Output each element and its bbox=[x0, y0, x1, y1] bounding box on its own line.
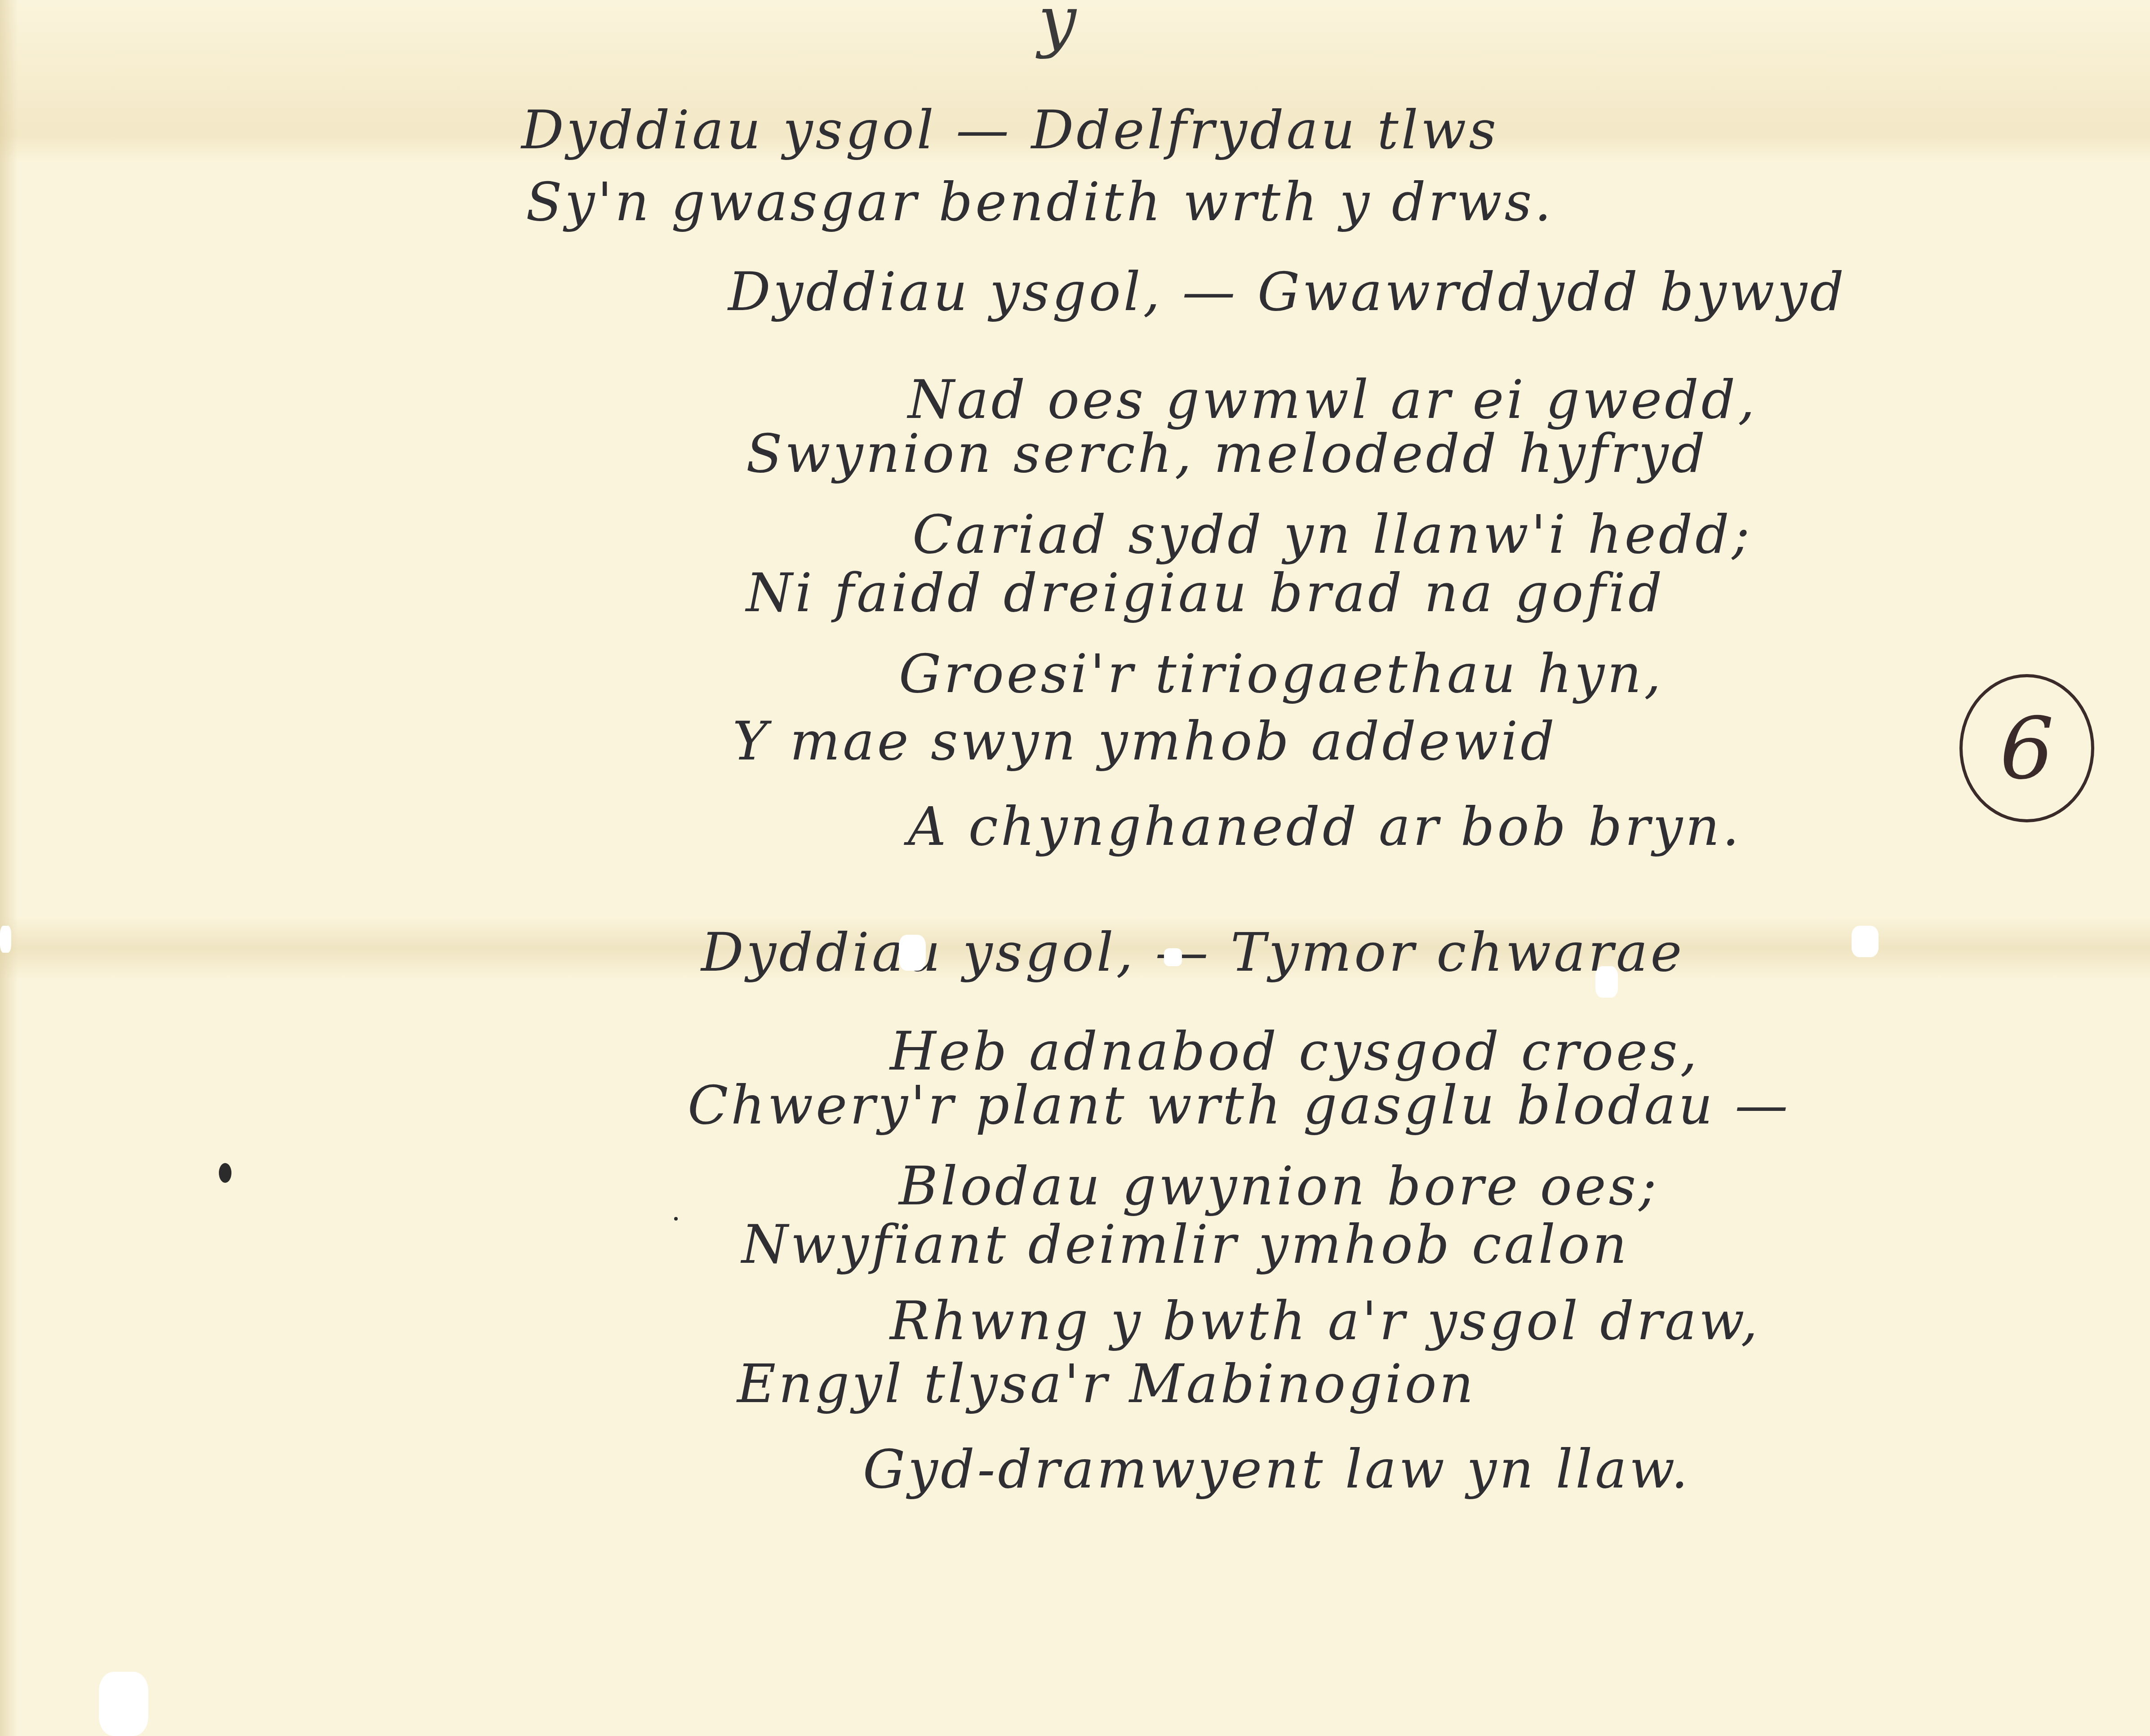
paper-damage-hole bbox=[99, 1672, 148, 1736]
stanza-1-line: Swynion serch, melodedd hyfryd bbox=[746, 427, 1708, 480]
stanza-2-line: Heb adnabod cysgod croes, bbox=[890, 1025, 1700, 1078]
stanza-1-line: Nad oes gwmwl ar ei gwedd, bbox=[908, 373, 1758, 426]
stanza-2-line: Rhwng y bwth a'r ysgol draw, bbox=[890, 1294, 1760, 1347]
paper-damage-hole bbox=[0, 926, 11, 953]
page-number-text: 6 bbox=[2000, 699, 2054, 798]
paper-damage-hole bbox=[1595, 966, 1618, 998]
stanza-2-line: Nwyfiant deimlir ymhob calon bbox=[742, 1218, 1630, 1271]
stanza-2-line: Chwery'r plant wrth gasglu blodau — bbox=[688, 1079, 1790, 1132]
ink-speck bbox=[674, 1217, 678, 1221]
paper-damage-hole bbox=[1852, 926, 1879, 957]
stanza-2-line: Engyl tlysa'r Mabinogion bbox=[737, 1357, 1476, 1410]
ink-blot bbox=[219, 1163, 231, 1183]
stanza-2-line: Blodau gwynion bore oes; bbox=[899, 1159, 1659, 1212]
manuscript-paper: y Dyddiau ysgol — Ddelfrydau tlws Sy'n g… bbox=[0, 0, 2150, 1736]
stanza-1-line: Y mae swyn ymhob addewid bbox=[733, 715, 1557, 768]
stanza-1-line: Cariad sydd yn llanw'i hedd; bbox=[912, 508, 1752, 561]
paper-damage-hole bbox=[899, 935, 926, 971]
stanza-2-line: Gyd-dramwyent law yn llaw. bbox=[863, 1443, 1691, 1496]
stanza-1-line: Groesi'r tiriogaethau hyn, bbox=[899, 647, 1664, 700]
stanza-1-line: Ni faidd dreigiau brad na gofid bbox=[746, 566, 1665, 619]
poem-intro-line: Dyddiau ysgol — Ddelfrydau tlws bbox=[521, 103, 1499, 156]
paper-damage-hole bbox=[1164, 948, 1182, 966]
poem: Dyddiau ysgol — Ddelfrydau tlws Sy'n gwa… bbox=[0, 0, 2150, 1736]
poem-intro-line: Sy'n gwasgar bendith wrth y drws. bbox=[526, 175, 1554, 228]
stanza-1-line: A chynghanedd ar bob bryn. bbox=[908, 800, 1742, 853]
stanza-2-line: Dyddiau ysgol, — Tymor chwarae bbox=[701, 926, 1684, 979]
circled-page-number: 6 bbox=[1959, 674, 2094, 822]
stanza-1-line: Dyddiau ysgol, — Gwawrddydd bywyd bbox=[728, 265, 1847, 318]
